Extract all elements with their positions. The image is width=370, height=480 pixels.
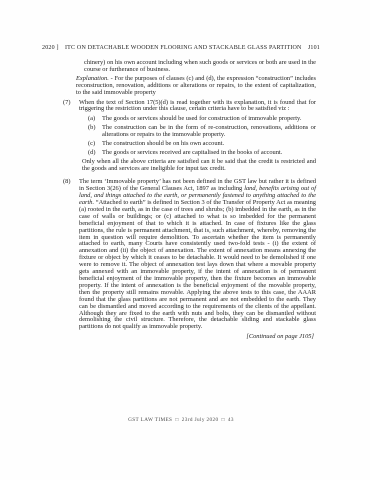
list-item-label: (d) xyxy=(88,150,95,157)
list-item-label: (c) xyxy=(88,141,95,148)
explanation-paragraph: Explanation. - For the purposes of claus… xyxy=(76,76,316,97)
paragraph-8: (8) The term ‘Immovable property’ has no… xyxy=(76,179,316,331)
conclusion-text: Only when all the above criteria are sat… xyxy=(82,158,316,172)
list-item-text: The goods or services received are capit… xyxy=(102,149,282,156)
journal-page: 2020 ] ITC ON DETACHABLE WOODEN FLOORING… xyxy=(0,0,370,480)
continuation-text: chinery) on his own account including wh… xyxy=(84,59,316,73)
running-head-title: ITC ON DETACHABLE WOODEN FLOORING AND ST… xyxy=(59,45,308,51)
paragraph-7-text: When the text of Section 17(5)(d) is rea… xyxy=(79,99,316,113)
list-item-label: (a) xyxy=(88,116,95,123)
running-head: 2020 ] ITC ON DETACHABLE WOODEN FLOORING… xyxy=(42,45,320,51)
continuation-paragraph: chinery) on his own account including wh… xyxy=(76,60,316,74)
paragraph-8-number: (8) xyxy=(63,179,70,186)
list-item-text: The construction should be on his own ac… xyxy=(102,140,224,147)
list-item-text: The construction can be in the form of r… xyxy=(102,124,316,138)
running-head-page-number: J101 xyxy=(308,45,320,51)
article-body: chinery) on his own account including wh… xyxy=(76,60,316,347)
footer-issue-date: 23rd July 2020 xyxy=(182,417,219,423)
running-head-year: 2020 ] xyxy=(42,45,59,51)
paragraph-7: (7) When the text of Section 17(5)(d) is… xyxy=(76,100,316,173)
list-item-label: (b) xyxy=(88,125,95,132)
explanation-text: - For the purposes of clauses (c) and (d… xyxy=(76,75,316,96)
continued-on-page-note: [Continued on page J105] xyxy=(76,334,316,341)
paragraph-7-conclusion: Only when all the above criteria are sat… xyxy=(79,159,316,173)
list-item: (b) The construction can be in the form … xyxy=(79,125,316,139)
footer-square-icon: □ xyxy=(222,418,225,423)
paragraph-7-number: (7) xyxy=(63,100,70,107)
footer-square-icon: □ xyxy=(175,418,178,423)
list-item-text: The goods or services should be used for… xyxy=(102,115,301,122)
criteria-list: (a) The goods or services should be used… xyxy=(79,116,316,157)
list-item: (c) The construction should be on his ow… xyxy=(79,141,316,148)
footer-journal-name: GST LAW TIMES xyxy=(128,417,172,423)
list-item: (a) The goods or services should be used… xyxy=(79,116,316,123)
paragraph-8-text-after: “Attached to earth” is defined in Sectio… xyxy=(79,199,316,330)
list-item: (d) The goods or services received are c… xyxy=(79,150,316,157)
page-footer: GST LAW TIMES□23rd July 2020□43 xyxy=(42,417,320,423)
footer-sequence-number: 43 xyxy=(228,417,234,423)
